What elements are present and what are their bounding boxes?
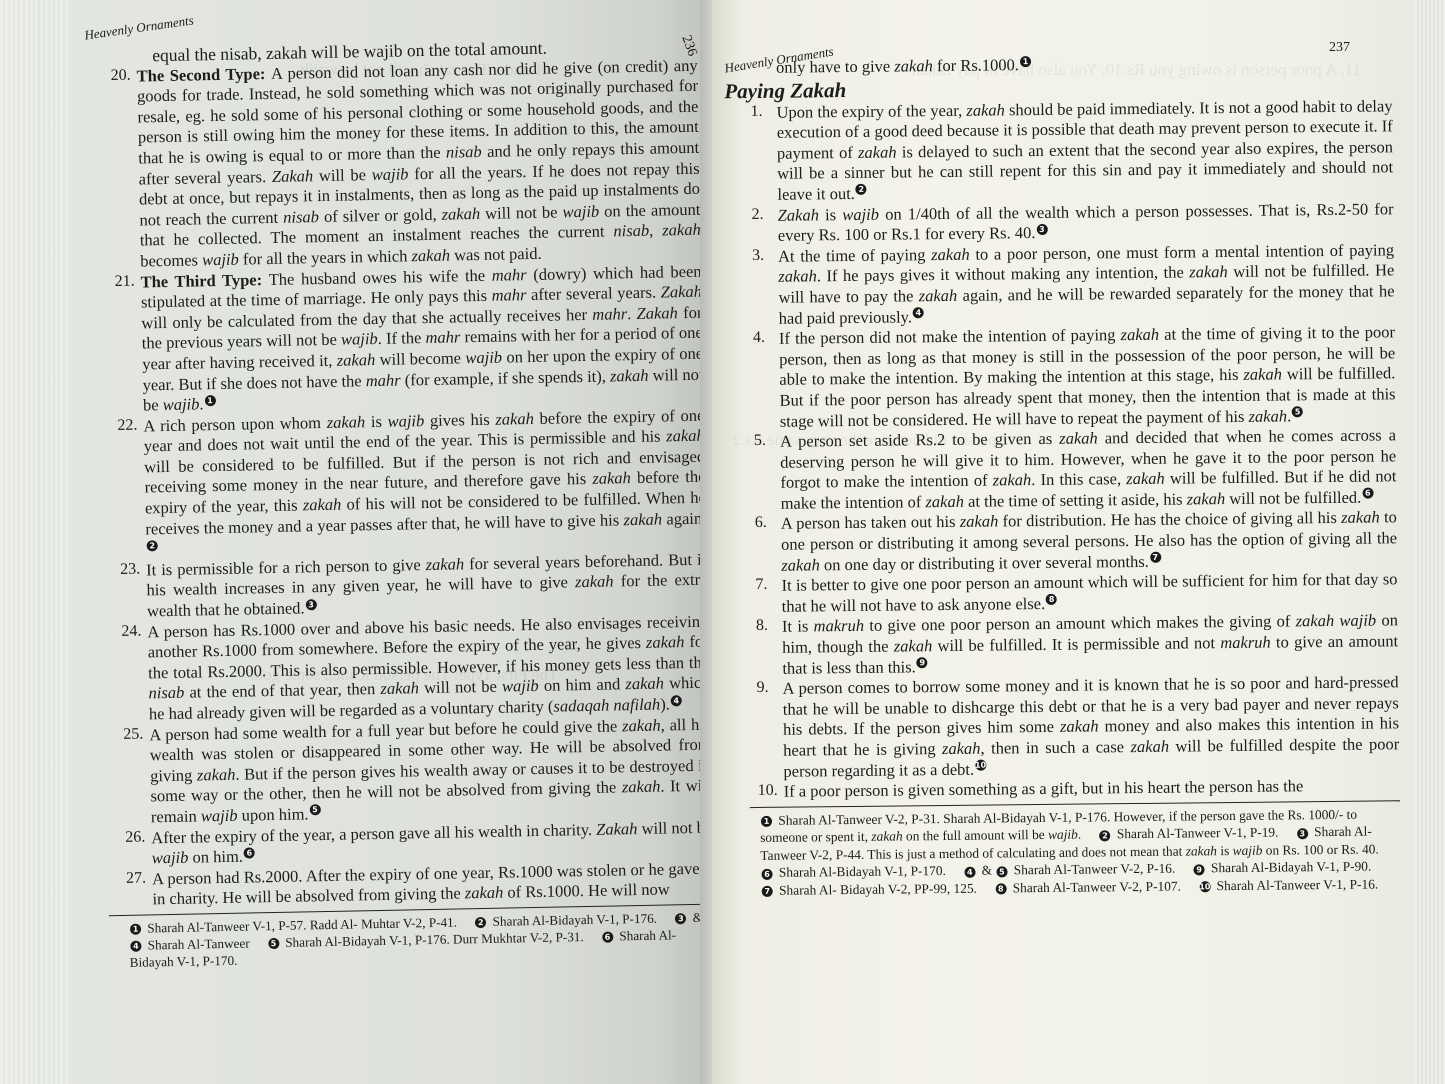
term-italic: zakah xyxy=(662,220,701,240)
paragraph-number: 10. xyxy=(758,782,778,800)
paragraph-number: 8. xyxy=(756,617,768,635)
paragraph-number: 6. xyxy=(755,514,767,532)
numbered-paragraph: 6.A person has taken out his zakah for d… xyxy=(757,508,1398,576)
term-italic: makruh xyxy=(1220,633,1271,653)
term-italic: zakah xyxy=(1126,469,1165,488)
right-page: 11. A poor person is owing you Rs.10. Yo… xyxy=(712,0,1445,1084)
term-italic: Zakah xyxy=(596,819,638,839)
footnote: 8 Sharah Al-Tanweer V-2, P-107. xyxy=(994,878,1181,895)
footnote-marker-icon[interactable]: 7 xyxy=(1150,552,1161,563)
paragraph-text: A person set aside Rs.2 to be given as z… xyxy=(780,425,1397,514)
term-italic: Zakah xyxy=(636,303,678,323)
right-footnotes: 1 Sharah Al-Tanweer V-2, P-31. Sharah Al… xyxy=(760,805,1401,899)
term-italic: zakah xyxy=(1296,611,1335,630)
term-italic: zakah xyxy=(960,512,999,531)
paragraph-number: 25. xyxy=(123,725,143,743)
right-page-content: only have to give zakah for Rs.1000.1 Pa… xyxy=(752,51,1401,899)
term-italic: mahr xyxy=(491,285,526,305)
term-italic: wajib xyxy=(201,806,238,826)
page-edges xyxy=(1415,0,1445,1084)
term-italic: wajib xyxy=(372,164,409,184)
paragraph-text: It is makruh to give one poor person an … xyxy=(782,611,1399,679)
term-italic: zakah xyxy=(592,469,631,489)
paragraph-text: A rich person upon whom zakah is wajib g… xyxy=(143,405,707,560)
open-book: of trade. The zakah will not be wajib Th… xyxy=(0,0,1445,1084)
term-italic: zakah xyxy=(610,365,649,385)
footnote-marker-icon[interactable]: 2 xyxy=(147,540,158,551)
term-italic: wajib xyxy=(562,201,599,221)
numbered-paragraph: 3.At the time of paying zakah to a poor … xyxy=(754,240,1395,329)
paragraph-text: A person had some wealth for a full year… xyxy=(149,714,712,828)
term-italic: zakah xyxy=(894,636,933,655)
term-italic: zakah xyxy=(622,777,661,797)
paragraph-text: It is better to give one poor person an … xyxy=(781,570,1397,618)
term-italic: zakah xyxy=(1248,406,1287,425)
footnote-marker-icon[interactable]: 6 xyxy=(602,932,613,943)
term-italic: zakah xyxy=(380,679,419,699)
paragraph-text: It is permissible for a rich person to g… xyxy=(146,550,708,623)
footnote-marker-icon[interactable]: 4 xyxy=(130,941,141,952)
paragraph-text: The Third Type: The husband owes his wif… xyxy=(140,261,704,416)
term-italic: mahr xyxy=(592,304,627,324)
footnote-marker-icon[interactable]: 10 xyxy=(1199,881,1210,892)
term-italic: wajib xyxy=(341,329,378,349)
footnote-marker-icon[interactable]: 1 xyxy=(204,395,215,406)
paragraph-number: 5. xyxy=(754,432,766,450)
left-page: of trade. The zakah will not be wajib Th… xyxy=(0,0,712,1084)
footnote-marker-icon[interactable]: 3 xyxy=(305,599,316,610)
footnote-marker-icon[interactable]: 9 xyxy=(1194,864,1205,875)
paragraph-number: 26. xyxy=(125,828,145,846)
term-italic: Zakah xyxy=(272,166,314,186)
term-italic: nisab xyxy=(613,221,649,241)
paragraph-text: At the time of paying zakah to a poor pe… xyxy=(778,240,1395,329)
term-italic: nisab xyxy=(283,207,319,227)
paragraph-number: 9. xyxy=(757,679,769,697)
footnote-marker-icon[interactable]: 3 xyxy=(1297,828,1308,839)
paragraph-text: Upon the expiry of the year, zakah shoul… xyxy=(776,96,1393,205)
right-items-list: 1.Upon the expiry of the year, zakah sho… xyxy=(752,96,1399,803)
term-italic: zakah xyxy=(1059,428,1098,447)
footnote-marker-icon[interactable]: 1 xyxy=(130,924,141,935)
numbered-paragraph: 7.It is better to give one poor person a… xyxy=(757,570,1397,618)
term-italic: zakah xyxy=(919,286,958,305)
numbered-paragraph: 8.It is makruh to give one poor person a… xyxy=(758,611,1399,679)
footnote-marker-icon[interactable]: 5 xyxy=(309,805,320,816)
term-italic: zakah xyxy=(925,492,964,511)
footnote: 9 Sharah Al-Bidayah V-1, P-90. xyxy=(1193,859,1372,876)
term-italic: zakah xyxy=(1130,737,1169,756)
footnote-marker-icon[interactable]: 6 xyxy=(1362,488,1373,499)
paragraph-text: Zakah is wajib on 1/40th of all the weal… xyxy=(778,199,1394,247)
term-italic: wajib xyxy=(163,394,200,414)
term-italic: zakah xyxy=(197,765,236,785)
paragraph-number: 2. xyxy=(752,205,764,223)
term-italic: mahr xyxy=(425,328,460,348)
term-italic: zakah xyxy=(858,142,897,161)
term-italic: mahr xyxy=(366,370,401,390)
term-italic: Zakah xyxy=(778,205,819,224)
paragraph-heading: The Third Type: xyxy=(140,270,268,291)
paragraph-text: A person comes to borrow some money and … xyxy=(783,672,1400,781)
term-italic: wajib xyxy=(387,411,424,431)
paragraph-number: 4. xyxy=(753,329,765,347)
continuation-text: only have to give zakah for Rs.1000.1 xyxy=(776,55,1031,77)
footnote: 2 Sharah Al-Tanweer V-1, P-19. xyxy=(1098,825,1278,842)
term-italic: zakah xyxy=(622,715,661,735)
term-italic: zakah xyxy=(623,509,662,529)
paragraph-number: 21. xyxy=(114,272,134,290)
paragraph-number: 22. xyxy=(117,416,137,434)
term-italic: wajib xyxy=(1339,611,1376,630)
term-italic: zakah xyxy=(303,495,342,515)
footnote: 7 Sharah Al- Bidayah V-2, PP-99, 125. xyxy=(761,880,977,897)
page-edges xyxy=(0,0,70,1084)
section-title-text: Paying Zakah xyxy=(724,78,846,103)
term-italic: zakah xyxy=(993,470,1032,489)
numbered-paragraph: 9.A person comes to borrow some money an… xyxy=(759,672,1400,782)
left-footnotes: 1 Sharah Al-Tanweer V-1, P-57. Radd Al- … xyxy=(129,909,712,971)
term-italic: zakah xyxy=(575,572,614,592)
term-italic: zakah xyxy=(465,883,504,903)
term-italic: wajib xyxy=(1048,827,1078,842)
term-italic: zakah xyxy=(1060,717,1099,736)
term-italic: zakah xyxy=(337,350,376,370)
paragraph-text: If the person did not make the intention… xyxy=(779,322,1396,431)
numbered-paragraph: 2.Zakah is wajib on 1/40th of all the we… xyxy=(754,199,1394,247)
paragraph-number: 3. xyxy=(752,247,764,265)
numbered-paragraph: 5.A person set aside Rs.2 to be given as… xyxy=(756,425,1397,514)
term-italic: zakah xyxy=(871,829,902,844)
term-italic: zakah xyxy=(646,632,685,652)
paragraph-number: 24. xyxy=(121,622,141,640)
paragraph-number: 27. xyxy=(126,869,146,887)
numbered-paragraph: 20.The Second Type: A person did not loa… xyxy=(113,55,702,272)
footnote: 4 & 5 Sharah Al-Tanweer V-2, P-16. xyxy=(963,861,1175,878)
footnote-marker-icon[interactable]: 9 xyxy=(917,657,928,668)
paragraph-number: 20. xyxy=(111,66,131,84)
footnote-marker-icon[interactable]: 7 xyxy=(762,886,773,897)
footnote-marker-icon[interactable]: 3 xyxy=(675,914,686,925)
term-italic: zakah xyxy=(1186,843,1217,858)
footnote-marker-icon[interactable]: 6 xyxy=(244,847,255,858)
paragraph-heading: The Second Type: xyxy=(137,64,272,86)
term-italic: zakah xyxy=(327,412,366,432)
left-page-content: equal the nisab, zakah will be wajib on … xyxy=(112,29,712,971)
footnote: 2 Sharah Al-Bidayah V-1, P-176. xyxy=(474,911,657,930)
paragraph-text: The Second Type: A person did not loan a… xyxy=(137,55,702,272)
term-italic: wajib xyxy=(1233,842,1263,857)
footnote: 10 Sharah Al-Tanweer V-1, P-16. xyxy=(1198,876,1378,893)
term-italic: zakah xyxy=(495,409,534,429)
term-italic: wajib xyxy=(202,250,239,270)
term-italic: zakah xyxy=(1121,325,1160,344)
term-italic: nisab xyxy=(446,142,482,162)
term-italic: zakah xyxy=(1341,508,1380,527)
term-italic: zakah xyxy=(441,204,480,224)
footnote-marker-icon[interactable]: 5 xyxy=(1292,406,1303,417)
numbered-paragraph: 22.A rich person upon whom zakah is waji… xyxy=(119,405,707,560)
numbered-paragraph: 4.If the person did not make the intenti… xyxy=(755,322,1396,432)
footnote-marker-icon[interactable]: 2 xyxy=(856,184,867,195)
term-italic: wajib xyxy=(842,204,879,223)
term-italic: zakah xyxy=(894,56,933,75)
term-italic: wajib xyxy=(502,676,539,696)
paragraph-number: 1. xyxy=(750,102,762,120)
term-italic: zakah xyxy=(966,100,1005,119)
numbered-paragraph: 25.A person had some wealth for a full y… xyxy=(125,714,712,828)
term-italic: zakah xyxy=(1187,489,1226,508)
footnote-marker-icon[interactable]: 2 xyxy=(475,917,486,928)
paragraph-number: 7. xyxy=(755,576,767,594)
paragraph-text: A person has Rs.1000 over and above his … xyxy=(147,611,710,725)
term-italic: nisab xyxy=(148,683,184,703)
footnote-marker-icon[interactable]: 3 xyxy=(1036,224,1047,235)
numbered-paragraph: 1.Upon the expiry of the year, zakah sho… xyxy=(752,96,1393,206)
paragraph-number: 23. xyxy=(120,560,140,578)
term-italic: zakah xyxy=(1243,365,1282,384)
term-italic: zakah xyxy=(625,674,664,694)
term-italic: Zakah xyxy=(661,282,703,302)
footnote-marker-icon[interactable]: 5 xyxy=(996,866,1007,877)
term-italic: zakah xyxy=(425,554,464,574)
footnote-marker-icon[interactable]: 10 xyxy=(975,760,986,771)
footnote-marker-icon[interactable]: 4 xyxy=(913,307,924,318)
footnote-marker-icon[interactable]: 1 xyxy=(1020,56,1031,67)
footnote: 6 Sharah Al-Bidayah V-1, P-170. xyxy=(760,863,946,880)
term-italic: makruh xyxy=(814,616,865,636)
footnote-marker-icon[interactable]: 4 xyxy=(964,866,975,877)
numbered-paragraph: 21.The Third Type: The husband owes his … xyxy=(116,261,704,416)
term-italic: sadaqah nafilah xyxy=(553,695,660,716)
term-italic: zakah xyxy=(411,245,450,265)
term-italic: zakah xyxy=(778,267,817,286)
footnote-marker-icon[interactable]: 1 xyxy=(761,816,772,827)
footnote-marker-icon[interactable]: 2 xyxy=(1099,830,1110,841)
numbered-paragraph: 23.It is permissible for a rich person t… xyxy=(122,550,708,623)
paragraph-text: A person has taken out his zakah for dis… xyxy=(781,508,1398,576)
term-italic: zakah xyxy=(942,739,981,758)
term-italic: zakah xyxy=(931,244,970,263)
term-italic: wajib xyxy=(465,347,502,367)
footnote-marker-icon[interactable]: 8 xyxy=(995,884,1006,895)
term-italic: zakah xyxy=(1189,262,1228,281)
term-italic: mahr xyxy=(492,265,527,285)
term-italic: zakah xyxy=(781,555,820,574)
footnote-marker-icon[interactable]: 5 xyxy=(268,938,279,949)
footnote-marker-icon[interactable]: 6 xyxy=(761,869,772,880)
term-italic: wajib xyxy=(152,848,189,868)
footnote-marker-icon[interactable]: 8 xyxy=(1046,594,1057,605)
footnote-marker-icon[interactable]: 4 xyxy=(671,695,682,706)
left-items-list: 20.The Second Type: A person did not loa… xyxy=(113,55,712,910)
numbered-paragraph: 24.A person has Rs.1000 over and above h… xyxy=(123,611,710,725)
